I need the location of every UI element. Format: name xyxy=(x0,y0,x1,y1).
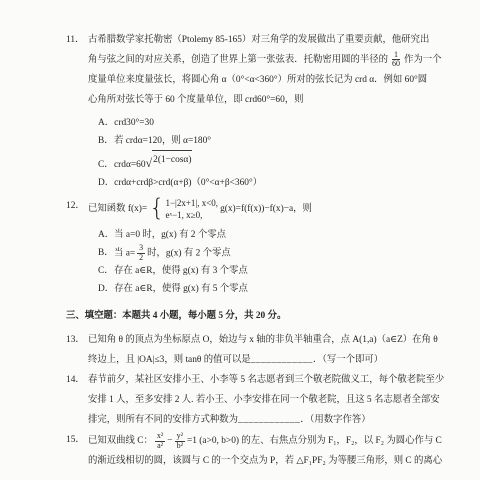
stem-text: 作为一个 xyxy=(404,55,442,65)
piecewise-case-2: eˣ−1, x≥0, xyxy=(165,209,218,221)
fraction-1-60: 160 xyxy=(390,51,402,69)
question-11-option-a: A．crd30°=30 xyxy=(88,114,434,132)
stem-text: 终边上，且 |OA|≤3，则 tanθ 的值可以是 xyxy=(88,355,251,365)
fraction-denominator: a² xyxy=(155,442,165,451)
question-15: 15． 已知双曲线 C：x²a²−y²b²=1 (a>0, b>0) 的左、右焦… xyxy=(66,430,434,471)
option-text: 时，g(x) 有 2 个零点 xyxy=(147,248,231,258)
question-11-stem-line-4: 心角所对弦长等于 60 个度量单位，即 crd60°=60，则 xyxy=(88,90,434,110)
option-label: C． xyxy=(98,262,114,280)
question-11: 11． 古希腊数学家托勒密（Ptolemy 85-165）对三角学的发展做出了重… xyxy=(66,30,434,192)
question-11-options: A．crd30°=30 B．若 crdα=120，则 α=180° C．crdα… xyxy=(88,114,434,192)
stem-text: 排完，则所有不同的安排方式种数为 xyxy=(88,415,238,425)
stem-text: ．（用数字作答） xyxy=(300,415,370,425)
option-label: B． xyxy=(98,132,114,150)
stem-text: 已知双曲线 C： xyxy=(88,436,153,446)
option-text: 当 a=0 时，g(x) 有 2 个零点 xyxy=(114,230,226,240)
exam-page: 11． 古希腊数学家托勒密（Ptolemy 85-165）对三角学的发展做出了重… xyxy=(0,0,480,480)
question-15-line-1: 已知双曲线 C：x²a²−y²b²=1 (a>0, b>0) 的左、右焦点分别为… xyxy=(88,430,434,452)
stem-text: 角与弦之间的对应关系，创造了世界上第一张弦表．托勒密用圆的半径的 xyxy=(88,55,388,65)
answer-blank: ____________ xyxy=(251,355,313,365)
option-text: crd30°=30 xyxy=(114,118,154,128)
section-3-header: 三、填空题：本题共 4 小题，每小题 5 分，共 20 分。 xyxy=(66,306,434,326)
question-15-line-2: 的渐近线相切的圆，该圆与 C 的一个交点为 P，若 △F₁PF₂ 为等腰三角形，… xyxy=(88,452,434,471)
fraction-y2-b2: y²b² xyxy=(175,432,185,450)
question-13-line-2: 终边上，且 |OA|≤3，则 tanθ 的值可以是____________．（写… xyxy=(88,350,434,370)
option-label: A． xyxy=(98,114,114,132)
left-brace: { xyxy=(149,198,164,220)
fraction-denominator: b² xyxy=(175,442,185,451)
question-11-stem-line-3: 度量单位来度量弦长，将圆心角 α（0°<α<360°）所对的弦长记为 crd α… xyxy=(88,70,434,90)
radical-sign: √ xyxy=(146,157,153,169)
option-label: D． xyxy=(98,174,114,192)
option-text: 当 a= xyxy=(114,248,135,258)
stem-text: 已知函数 f(x)= xyxy=(88,204,147,214)
question-11-number: 11． xyxy=(66,30,88,192)
question-12-options: A．当 a=0 时，g(x) 有 2 个零点 B．当 a=32时，g(x) 有 … xyxy=(88,226,434,298)
piecewise-function: {1−|2x+1|, x<0,eˣ−1, x≥0, xyxy=(149,197,218,221)
question-14-number: 14． xyxy=(66,370,88,430)
question-11-stem-line-1: 古希腊数学家托勒密（Ptolemy 85-165）对三角学的发展做出了重要贡献，… xyxy=(88,30,434,50)
minus-sign: − xyxy=(167,436,172,446)
question-14-line-3: 排完，则所有不同的安排方式种数为____________．（用数字作答） xyxy=(88,410,434,430)
option-text: 存在 a∈R，使得 g(x) 有 3 个零点 xyxy=(114,266,248,276)
piecewise-case-1: 1−|2x+1|, x<0, xyxy=(165,197,218,209)
question-13: 13． 已知角 θ 的顶点为坐标原点 O，始边与 x 轴的非负半轴重合，点 A(… xyxy=(66,330,434,370)
stem-text: ．（写一个即可） xyxy=(313,355,383,365)
question-12: 12． 已知函数 f(x)={1−|2x+1|, x<0,eˣ−1, x≥0,g… xyxy=(66,196,434,298)
question-12-option-b: B．当 a=32时，g(x) 有 2 个零点 xyxy=(88,244,434,262)
option-text: crdα=60 xyxy=(114,160,146,170)
option-label: B． xyxy=(98,244,114,262)
option-label: A． xyxy=(98,226,114,244)
fraction-denominator: 60 xyxy=(390,60,402,69)
question-11-stem-line-2: 角与弦之间的对应关系，创造了世界上第一张弦表．托勒密用圆的半径的160作为一个 xyxy=(88,50,434,70)
option-label: C． xyxy=(98,156,114,174)
question-12-option-d: D．存在 a∈R，使得 g(x) 有 5 个零点 xyxy=(88,280,434,298)
question-15-number: 15． xyxy=(66,430,88,471)
option-label: D． xyxy=(98,280,114,298)
fraction-3-2: 32 xyxy=(137,244,145,262)
radicand: 2(1−cosα) xyxy=(152,150,192,169)
stem-text: g(x)=f(f(x))−f(x)−a，则 xyxy=(220,204,312,214)
question-14-line-1: 春节前夕，某社区安排小王、小李等 5 名志愿者到三个敬老院做义工，每个敬老院至少 xyxy=(88,370,434,390)
question-12-number: 12． xyxy=(66,196,88,298)
question-13-line-1: 已知角 θ 的顶点为坐标原点 O，始边与 x 轴的非负半轴重合，点 A(1,a)… xyxy=(88,330,434,350)
question-12-stem: 已知函数 f(x)={1−|2x+1|, x<0,eˣ−1, x≥0,g(x)=… xyxy=(88,196,434,222)
option-text: 存在 a∈R，使得 g(x) 有 5 个零点 xyxy=(114,284,248,294)
question-14: 14． 春节前夕，某社区安排小王、小李等 5 名志愿者到三个敬老院做义工，每个敬… xyxy=(66,370,434,430)
option-text: crdα+crdβ>crd(α+β)（0°<α+β<360°） xyxy=(114,178,262,188)
option-text: 若 crdα=120，则 α=180° xyxy=(114,136,211,146)
question-11-option-c: C．crdα=60√2(1−cosα) xyxy=(88,150,434,174)
question-11-option-b: B．若 crdα=120，则 α=180° xyxy=(88,132,434,150)
fraction-x2-a2: x²a² xyxy=(155,432,165,450)
question-12-option-a: A．当 a=0 时，g(x) 有 2 个零点 xyxy=(88,226,434,244)
question-11-option-d: D．crdα+crdβ>crd(α+β)（0°<α+β<360°） xyxy=(88,174,434,192)
square-root: √2(1−cosα) xyxy=(146,150,193,169)
question-12-option-c: C．存在 a∈R，使得 g(x) 有 3 个零点 xyxy=(88,262,434,280)
question-13-number: 13． xyxy=(66,330,88,370)
question-14-line-2: 安排 1 人，至多安排 2 人. 若小王、小李安排在同一个敬老院，且这 5 名志… xyxy=(88,390,434,410)
answer-blank: ____________ xyxy=(238,415,300,425)
piecewise-cases: 1−|2x+1|, x<0,eˣ−1, x≥0, xyxy=(165,197,218,221)
stem-text: =1 (a>0, b>0) 的左、右焦点分别为 F₁，F₂，以 F₂ 为圆心作与… xyxy=(187,436,442,446)
fraction-denominator: 2 xyxy=(137,254,145,263)
